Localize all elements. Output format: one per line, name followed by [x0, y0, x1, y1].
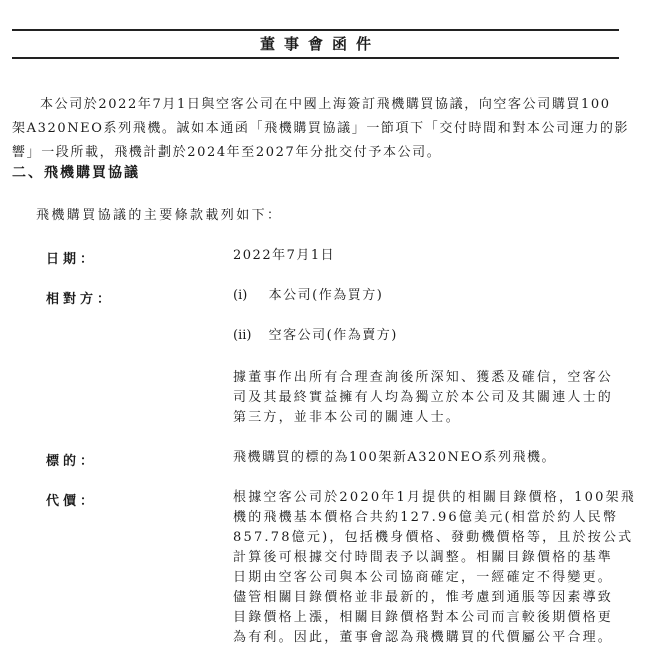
consideration-line: 日期由空客公司與本公司協商確定，一經確定不得變更。: [233, 568, 621, 588]
party-item-text: 空客公司(作為賣方): [269, 328, 398, 343]
consideration-line: 計算後可根據交付時間表予以調整。相關目錄價格的基準: [233, 548, 621, 568]
consideration-line: 儘管相關目錄價格並非最新的，惟考慮到通脹等因素導致: [233, 588, 621, 608]
intro-line-1: 本公司於2022年7月1日與空客公司在中國上海簽訂飛機購買協議，向空客公司購買1…: [12, 93, 632, 117]
parties-note-line: 第三方，並非本公司的關連人士。: [233, 408, 621, 428]
consideration-label: 代價：: [46, 490, 97, 509]
intro-paragraph: 本公司於2022年7月1日與空客公司在中國上海簽訂飛機購買協議，向空客公司購買1…: [12, 93, 632, 165]
party-item-1: (i) 本公司(作為買方): [233, 286, 633, 306]
party-item-number: (ii): [233, 326, 263, 346]
date-value: 2022年7月1日: [233, 246, 633, 266]
parties-note: 據董事作出所有合理查詢後所深知、獲悉及確信，空客公 司及其最終實益擁有人均為獨立…: [233, 368, 621, 428]
page-title: 董事會函件: [12, 31, 619, 57]
parties-note-line: 據董事作出所有合理查詢後所深知、獲悉及確信，空客公: [233, 368, 621, 388]
subject-value: 飛機購買的標的為100架新A320NEO系列飛機。: [233, 448, 633, 468]
section-heading: 二、飛機購買協議: [12, 162, 140, 182]
consideration-line: 857.78億元)，包括機身價格、發動機價格等，且於按公式: [233, 528, 621, 548]
subject-label: 標的：: [46, 450, 97, 469]
page-header: 董事會函件: [12, 29, 619, 59]
consideration-line: 根據空客公司於2020年1月提供的相關目錄價格，100架飛: [233, 488, 621, 508]
section-intro: 飛機購買協議的主要條款載列如下：: [36, 204, 282, 223]
consideration-line: 為有利。因此，董事會認為飛機購買的代價屬公平合理。: [233, 628, 621, 648]
parties-label: 相對方：: [46, 288, 114, 307]
parties-note-line: 司及其最終實益擁有人均為獨立於本公司及其關連人士的: [233, 388, 621, 408]
intro-line-2: 架A320NEO系列飛機。誠如本通函「飛機購買協議」一節項下「交付時間和對本公司…: [12, 117, 632, 141]
consideration-line: 目錄價格上漲，相關目錄價格對本公司而言較後期價格更: [233, 608, 621, 628]
header-bottom-rule: [12, 57, 619, 59]
date-label: 日期：: [46, 248, 97, 267]
party-item-text: 本公司(作為買方): [269, 288, 384, 303]
consideration-text: 根據空客公司於2020年1月提供的相關目錄價格，100架飛 機的飛機基本價格合共…: [233, 488, 621, 648]
party-item-2: (ii) 空客公司(作為賣方): [233, 326, 633, 346]
consideration-line: 機的飛機基本價格合共約127.96億美元(相當於約人民幣: [233, 508, 621, 528]
party-item-number: (i): [233, 286, 263, 306]
